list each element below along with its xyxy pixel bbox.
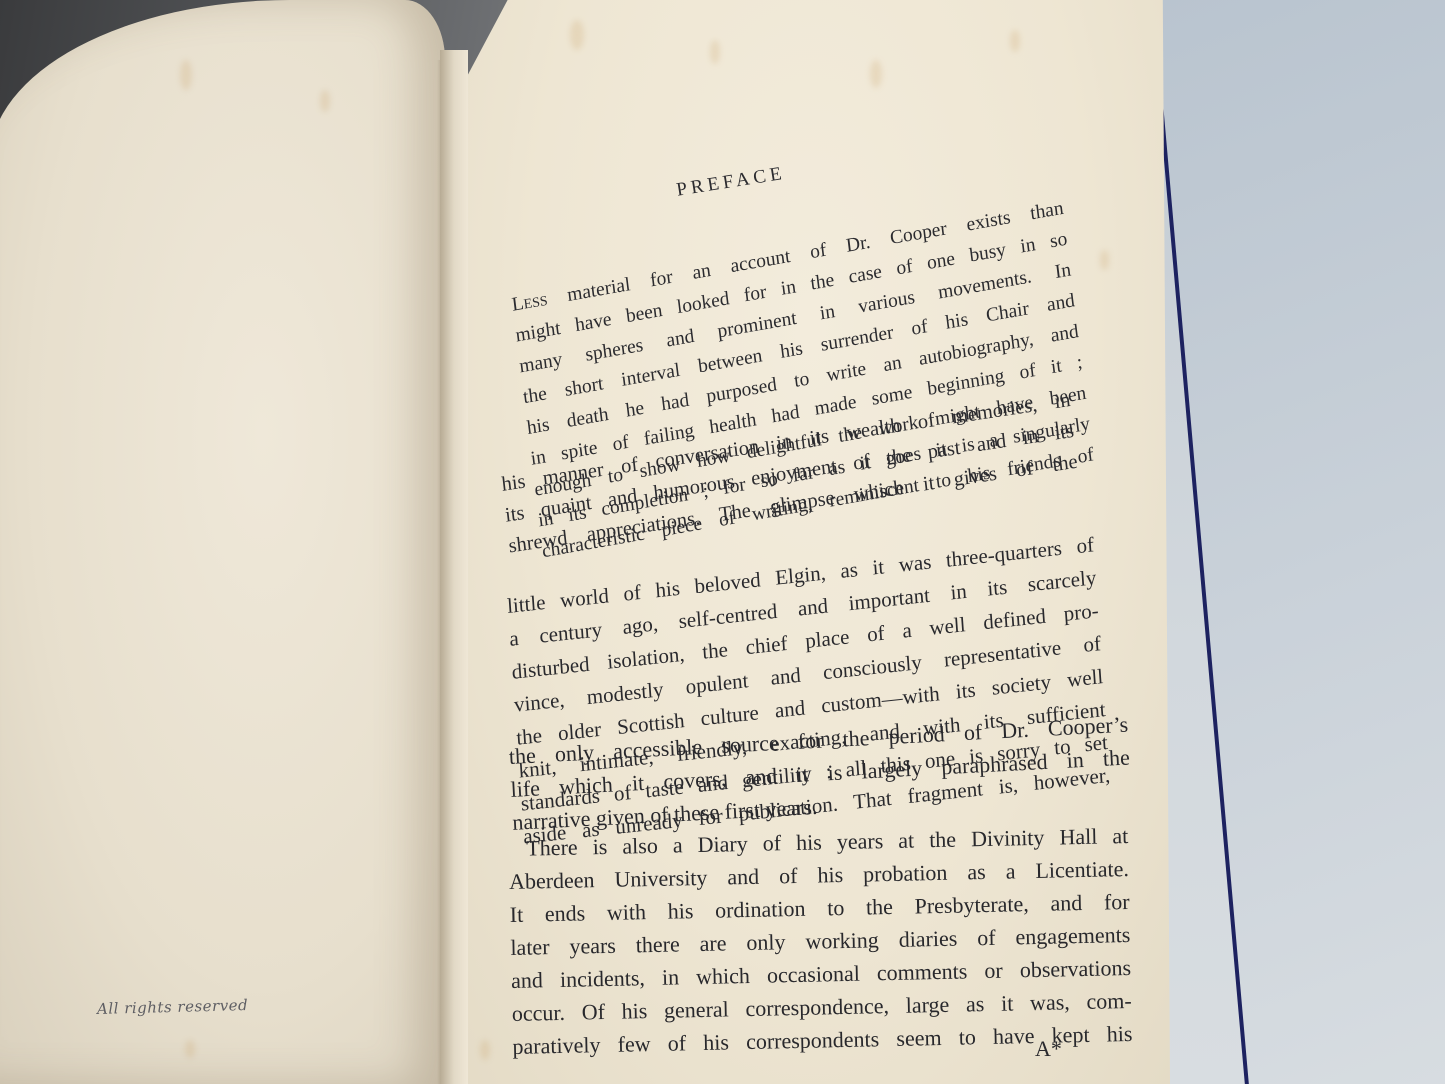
foxing-spot (710, 40, 720, 64)
photo-scene: All rights reserved PREFACE Less materia… (0, 0, 1445, 1084)
copyright-imprint: All rights reserved (97, 996, 249, 1018)
foxing-spot (180, 60, 192, 90)
book-cover-right (1152, 0, 1445, 1084)
foxing-spot (570, 20, 584, 50)
preface-paragraph-2: There is also a Diary of his years at th… (508, 819, 1133, 1063)
foxing-spot (1100, 250, 1109, 270)
foxing-spot (185, 1040, 195, 1058)
foxing-spot (870, 60, 882, 88)
lead-word: Less (511, 289, 549, 316)
book-gutter (440, 50, 468, 1084)
signature-mark: A* (1035, 1036, 1062, 1062)
foxing-spot (480, 1040, 490, 1060)
left-page: All rights reserved (0, 0, 445, 1084)
foxing-spot (1010, 30, 1020, 52)
foxing-spot (320, 90, 330, 112)
